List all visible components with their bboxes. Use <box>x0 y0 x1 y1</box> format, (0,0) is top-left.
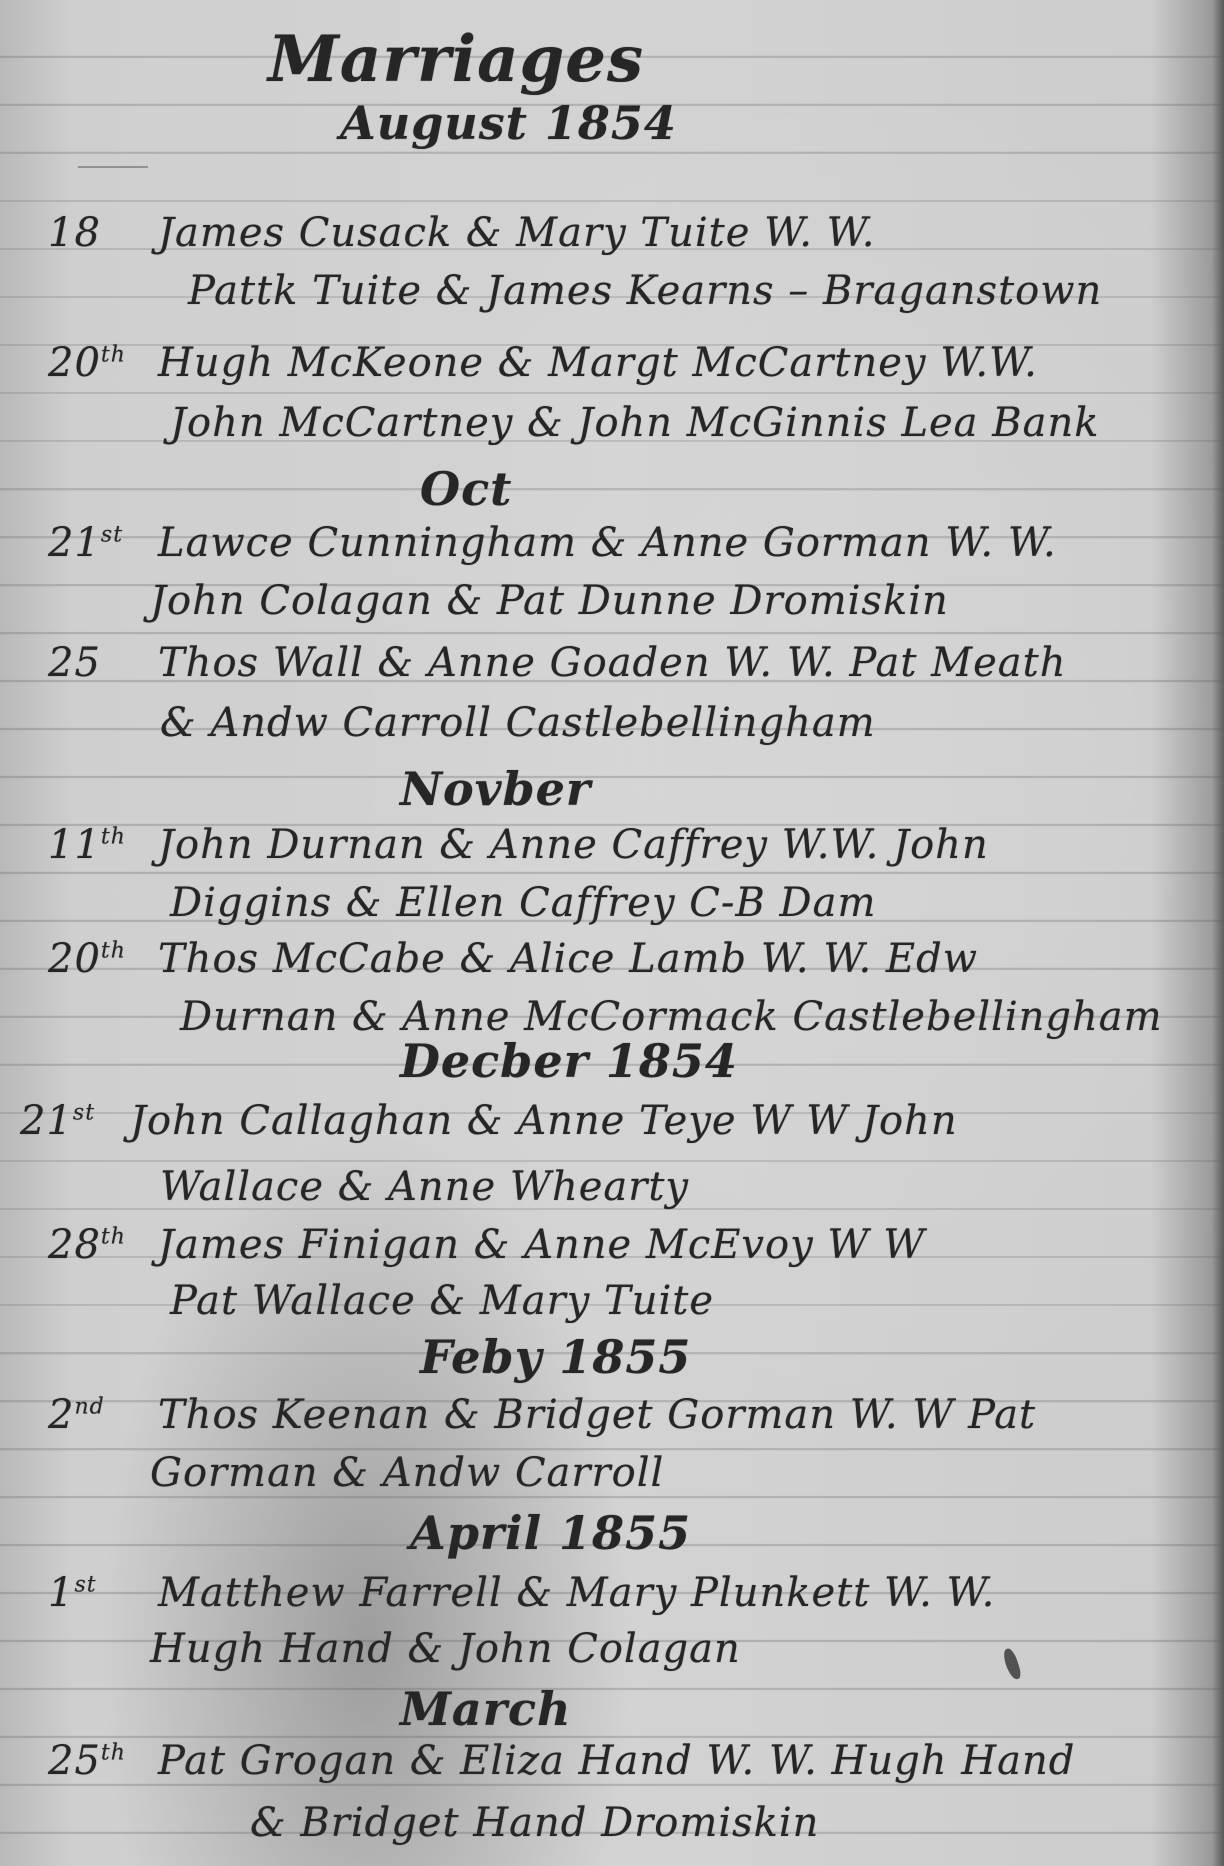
section-heading: August 1854 <box>340 96 677 150</box>
section-heading: Oct <box>420 462 512 516</box>
entry-line: 20thHugh McKeone & Margt McCartney W.W. <box>48 340 1038 386</box>
entry-couple: Matthew Farrell & Mary Plunkett W. W. <box>158 1570 995 1616</box>
section-heading: Decber 1854 <box>400 1034 738 1088</box>
entry-witnesses: & Bridget Hand Dromiskin <box>250 1800 819 1846</box>
entry-line: 28thJames Finigan & Anne McEvoy W W <box>48 1222 925 1268</box>
entry-day: 20 <box>48 936 101 982</box>
entry-day: 25 <box>48 640 101 686</box>
ink-blot <box>1001 1647 1022 1681</box>
entry-couple: Lawce Cunningham & Anne Gorman W. W. <box>158 520 1057 566</box>
entry-day: 21 <box>48 520 101 566</box>
entry-witnesses: Pattk Tuite & James Kearns – Braganstown <box>188 268 1102 314</box>
entry-day: 2 <box>48 1392 74 1438</box>
entry-line: 2ndThos Keenan & Bridget Gorman W. W Pat <box>48 1392 1036 1438</box>
entry-witnesses: Gorman & Andw Carroll <box>150 1450 664 1496</box>
entry-line: 11thJohn Durnan & Anne Caffrey W.W. John <box>48 822 989 868</box>
entry-couple: John Callaghan & Anne Teye W W John <box>130 1098 958 1144</box>
entry-witnesses: John Colagan & Pat Dunne Dromiskin <box>150 578 949 624</box>
register-page: Marriages August 1854 18James Cusack & M… <box>0 0 1224 1866</box>
entry-witnesses: John McCartney & John McGinnis Lea Bank <box>170 400 1100 446</box>
section-heading: Feby 1855 <box>420 1330 691 1384</box>
page-title: Marriages <box>268 22 644 97</box>
section-heading: April 1855 <box>410 1506 691 1560</box>
entry-couple: Pat Grogan & Eliza Hand W. W. Hugh Hand <box>158 1738 1075 1784</box>
section-heading: Novber <box>400 762 591 816</box>
entry-day: 1 <box>48 1570 74 1616</box>
margin-mark <box>78 166 148 168</box>
entry-line: 21stLawce Cunningham & Anne Gorman W. W. <box>48 520 1057 566</box>
entry-couple: Thos Keenan & Bridget Gorman W. W Pat <box>158 1392 1036 1438</box>
entry-day: 18 <box>48 210 101 256</box>
entry-witnesses: Pat Wallace & Mary Tuite <box>170 1278 714 1324</box>
entry-couple: Thos McCabe & Alice Lamb W. W. Edw <box>158 936 978 982</box>
entry-couple: John Durnan & Anne Caffrey W.W. John <box>158 822 989 868</box>
entry-line: 18James Cusack & Mary Tuite W. W. <box>48 210 875 256</box>
entry-day: 21 <box>20 1098 73 1144</box>
entry-couple: Thos Wall & Anne Goaden W. W. Pat Meath <box>158 640 1066 686</box>
entry-witnesses: Hugh Hand & John Colagan <box>150 1626 741 1672</box>
entry-day: 11 <box>48 822 101 868</box>
entry-day: 20 <box>48 340 101 386</box>
entry-couple: Hugh McKeone & Margt McCartney W.W. <box>158 340 1038 386</box>
entry-witnesses: & Andw Carroll Castlebellingham <box>160 700 876 746</box>
entry-line: 1stMatthew Farrell & Mary Plunkett W. W. <box>48 1570 995 1616</box>
entry-witnesses: Diggins & Ellen Caffrey C-B Dam <box>170 880 876 926</box>
entry-couple: James Finigan & Anne McEvoy W W <box>158 1222 925 1268</box>
entry-line: 25thPat Grogan & Eliza Hand W. W. Hugh H… <box>48 1738 1075 1784</box>
section-heading: March <box>400 1682 571 1736</box>
entry-couple: James Cusack & Mary Tuite W. W. <box>158 210 875 256</box>
entry-line: 20thThos McCabe & Alice Lamb W. W. Edw <box>48 936 978 982</box>
entry-day: 25 <box>48 1738 101 1784</box>
entry-day: 28 <box>48 1222 101 1268</box>
entry-line: 21stJohn Callaghan & Anne Teye W W John <box>20 1098 958 1144</box>
entry-witnesses: Wallace & Anne Whearty <box>160 1164 689 1210</box>
entry-line: 25Thos Wall & Anne Goaden W. W. Pat Meat… <box>48 640 1066 686</box>
